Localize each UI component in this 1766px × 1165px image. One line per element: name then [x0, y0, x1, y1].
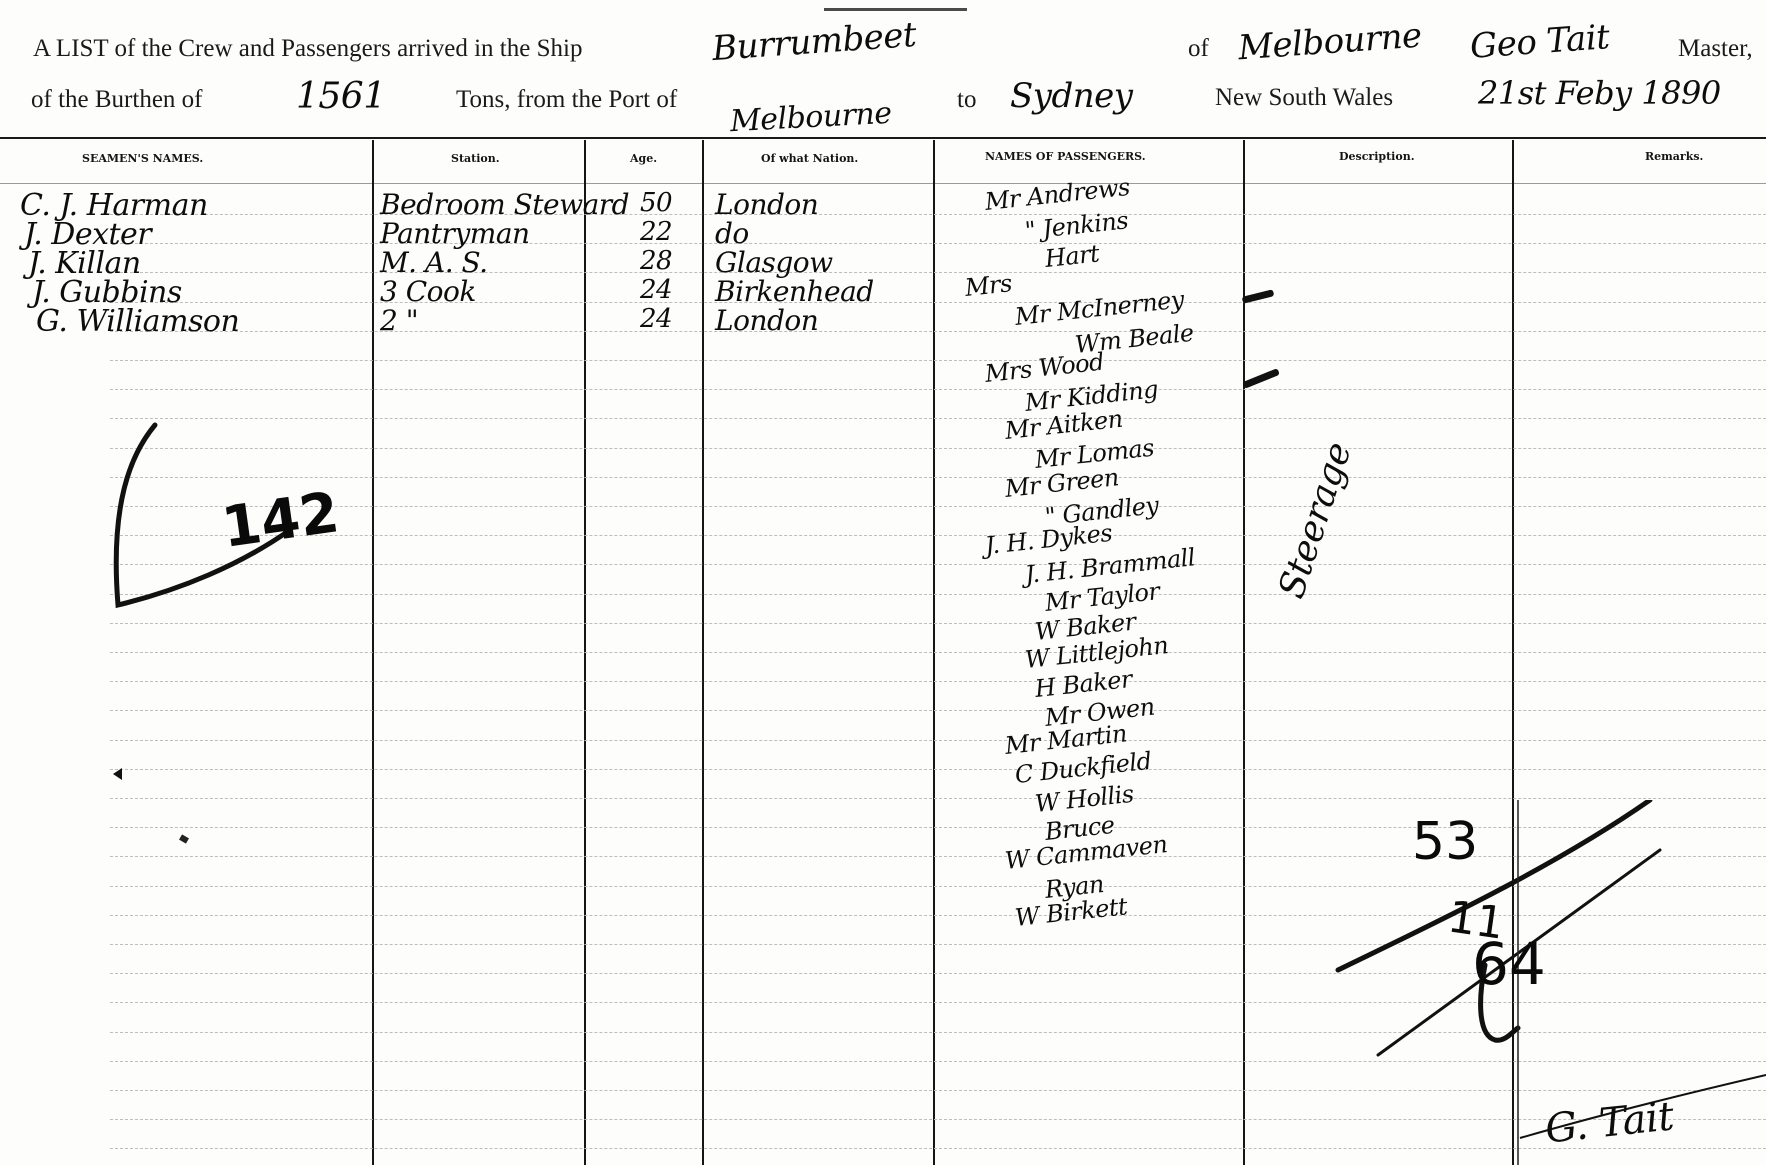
top-ornament-rule: [824, 8, 967, 11]
passenger-name: W Birkett: [1014, 893, 1129, 933]
ruled-line: [110, 623, 1766, 624]
ruled-line: [110, 360, 1766, 361]
ruled-line: [110, 769, 1766, 770]
ship-name: Burrumbeet: [711, 15, 917, 69]
tons-label: Tons, from the Port of: [456, 86, 677, 114]
from-port: Melbourne: [729, 96, 892, 139]
crew-age: 28: [640, 246, 672, 276]
bracket-mark: [1242, 368, 1280, 389]
header-divider: [0, 137, 1766, 139]
master-label: Master,: [1678, 35, 1753, 63]
col-nation: Of what Nation.: [761, 152, 858, 165]
col-station: Station.: [451, 152, 500, 165]
of-label: of: [1188, 35, 1209, 63]
crew-station: 2 ": [380, 304, 418, 337]
passenger-name: " Jenkins: [1024, 206, 1130, 245]
tally-bottom: 64: [1472, 930, 1546, 998]
crew-age: 24: [640, 304, 672, 334]
passenger-name: Mrs: [964, 269, 1014, 302]
ruled-line: [110, 389, 1766, 390]
to-port: Sydney: [1010, 76, 1133, 116]
col-description: Description.: [1339, 150, 1415, 163]
tally-top: 53: [1412, 812, 1478, 872]
col-age: Age.: [630, 152, 657, 165]
crew-name: G. Williamson: [36, 304, 239, 339]
stray-mark: [179, 834, 189, 843]
stray-mark: [113, 768, 122, 780]
ruled-line: [110, 740, 1766, 741]
col-seamen-names: SEAMEN'S NAMES.: [82, 152, 203, 165]
crew-age: 22: [640, 217, 672, 247]
home-port: Melbourne: [1237, 16, 1423, 69]
col-passengers: NAMES OF PASSENGERS.: [985, 150, 1146, 163]
ruled-line: [110, 418, 1766, 419]
crew-age: 50: [640, 188, 672, 218]
master-name: Geo Tait: [1469, 17, 1611, 67]
arrival-date: 21st Feby 1890: [1478, 74, 1721, 112]
ruled-line: [110, 798, 1766, 799]
crew-nation: London: [715, 304, 818, 337]
region-label: New South Wales: [1215, 84, 1393, 112]
ruled-line: [110, 477, 1766, 478]
ruled-line: [110, 535, 1766, 536]
ruled-line: [110, 506, 1766, 507]
ruled-line: [110, 448, 1766, 449]
col-remarks: Remarks.: [1645, 150, 1703, 163]
ruled-line: [110, 594, 1766, 595]
ruled-line: [110, 302, 1766, 303]
ruled-line: [110, 710, 1766, 711]
ruled-line: [110, 564, 1766, 565]
ruled-line: [110, 652, 1766, 653]
header-line2-prefix: of the Burthen of: [31, 86, 202, 114]
ruled-line: [110, 331, 1766, 332]
ruled-line: [110, 272, 1766, 273]
passenger-name: Hart: [1044, 240, 1101, 274]
tonnage: 1561: [296, 76, 386, 117]
remarks-annotation: Steerage: [1271, 438, 1360, 604]
ruled-line: [110, 214, 1766, 215]
ruled-line: [110, 681, 1766, 682]
ruled-line: [110, 243, 1766, 244]
crew-age: 24: [640, 275, 672, 305]
to-label: to: [957, 86, 976, 114]
column-header-divider: [0, 183, 1766, 184]
header-line1-prefix: A LIST of the Crew and Passengers arrive…: [33, 35, 582, 63]
